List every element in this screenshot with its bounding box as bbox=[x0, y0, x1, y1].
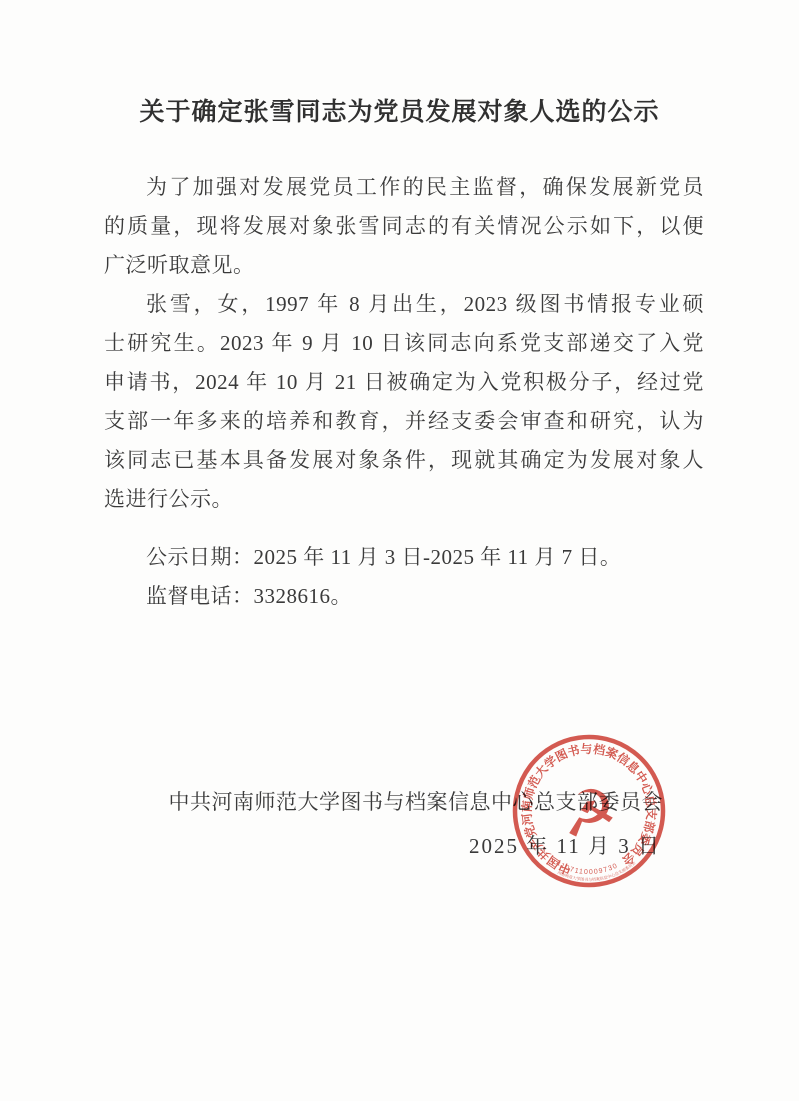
paragraph-2-line: 该同志已基本具备发展对象条件，现就其确定为发展对象人 bbox=[104, 441, 704, 480]
paragraph-2-line: 申请书，2024 年 10 月 21 日被确定为入党积极分子，经过党 bbox=[104, 363, 704, 402]
paragraph-1-line: 广泛听取意见。 bbox=[104, 246, 704, 285]
signature-block: 中共河南师范大学图书与档案信息中心总支部委员会 2025 年 11 月 3 日 bbox=[169, 780, 664, 868]
publicity-period: 公示日期：2025 年 11 月 3 日-2025 年 11 月 7 日。 bbox=[104, 538, 704, 577]
signature-date: 2025 年 11 月 3 日 bbox=[169, 824, 664, 868]
paragraph-1: 为了加强对发展党员工作的民主监督，确保发展新党员 的质量，现将发展对象张雪同志的… bbox=[104, 168, 704, 285]
signature-committee: 中共河南师范大学图书与档案信息中心总支部委员会 bbox=[169, 780, 664, 824]
paragraph-1-line: 的质量，现将发展对象张雪同志的有关情况公示如下，以便 bbox=[104, 207, 704, 246]
paragraph-2-line: 支部一年多来的培养和教育，并经支委会审查和研究，认为 bbox=[104, 402, 704, 441]
dates-block: 公示日期：2025 年 11 月 3 日-2025 年 11 月 7 日。 监督… bbox=[104, 538, 704, 616]
page-title: 关于确定张雪同志为党员发展对象人选的公示 bbox=[0, 92, 799, 128]
paragraph-2: 张雪，女，1997 年 8 月出生，2023 级图书情报专业硕 士研究生。202… bbox=[104, 285, 704, 519]
paragraph-1-line: 为了加强对发展党员工作的民主监督，确保发展新党员 bbox=[104, 168, 704, 207]
paragraph-2-line: 选进行公示。 bbox=[104, 480, 704, 519]
paragraph-2-line: 士研究生。2023 年 9 月 10 日该同志向系党支部递交了入党 bbox=[104, 324, 704, 363]
document-page: 关于确定张雪同志为党员发展对象人选的公示 为了加强对发展党员工作的民主监督，确保… bbox=[0, 0, 799, 1101]
paragraph-2-line: 张雪，女，1997 年 8 月出生，2023 级图书情报专业硕 bbox=[104, 285, 704, 324]
supervision-phone: 监督电话：3328616。 bbox=[104, 577, 704, 616]
